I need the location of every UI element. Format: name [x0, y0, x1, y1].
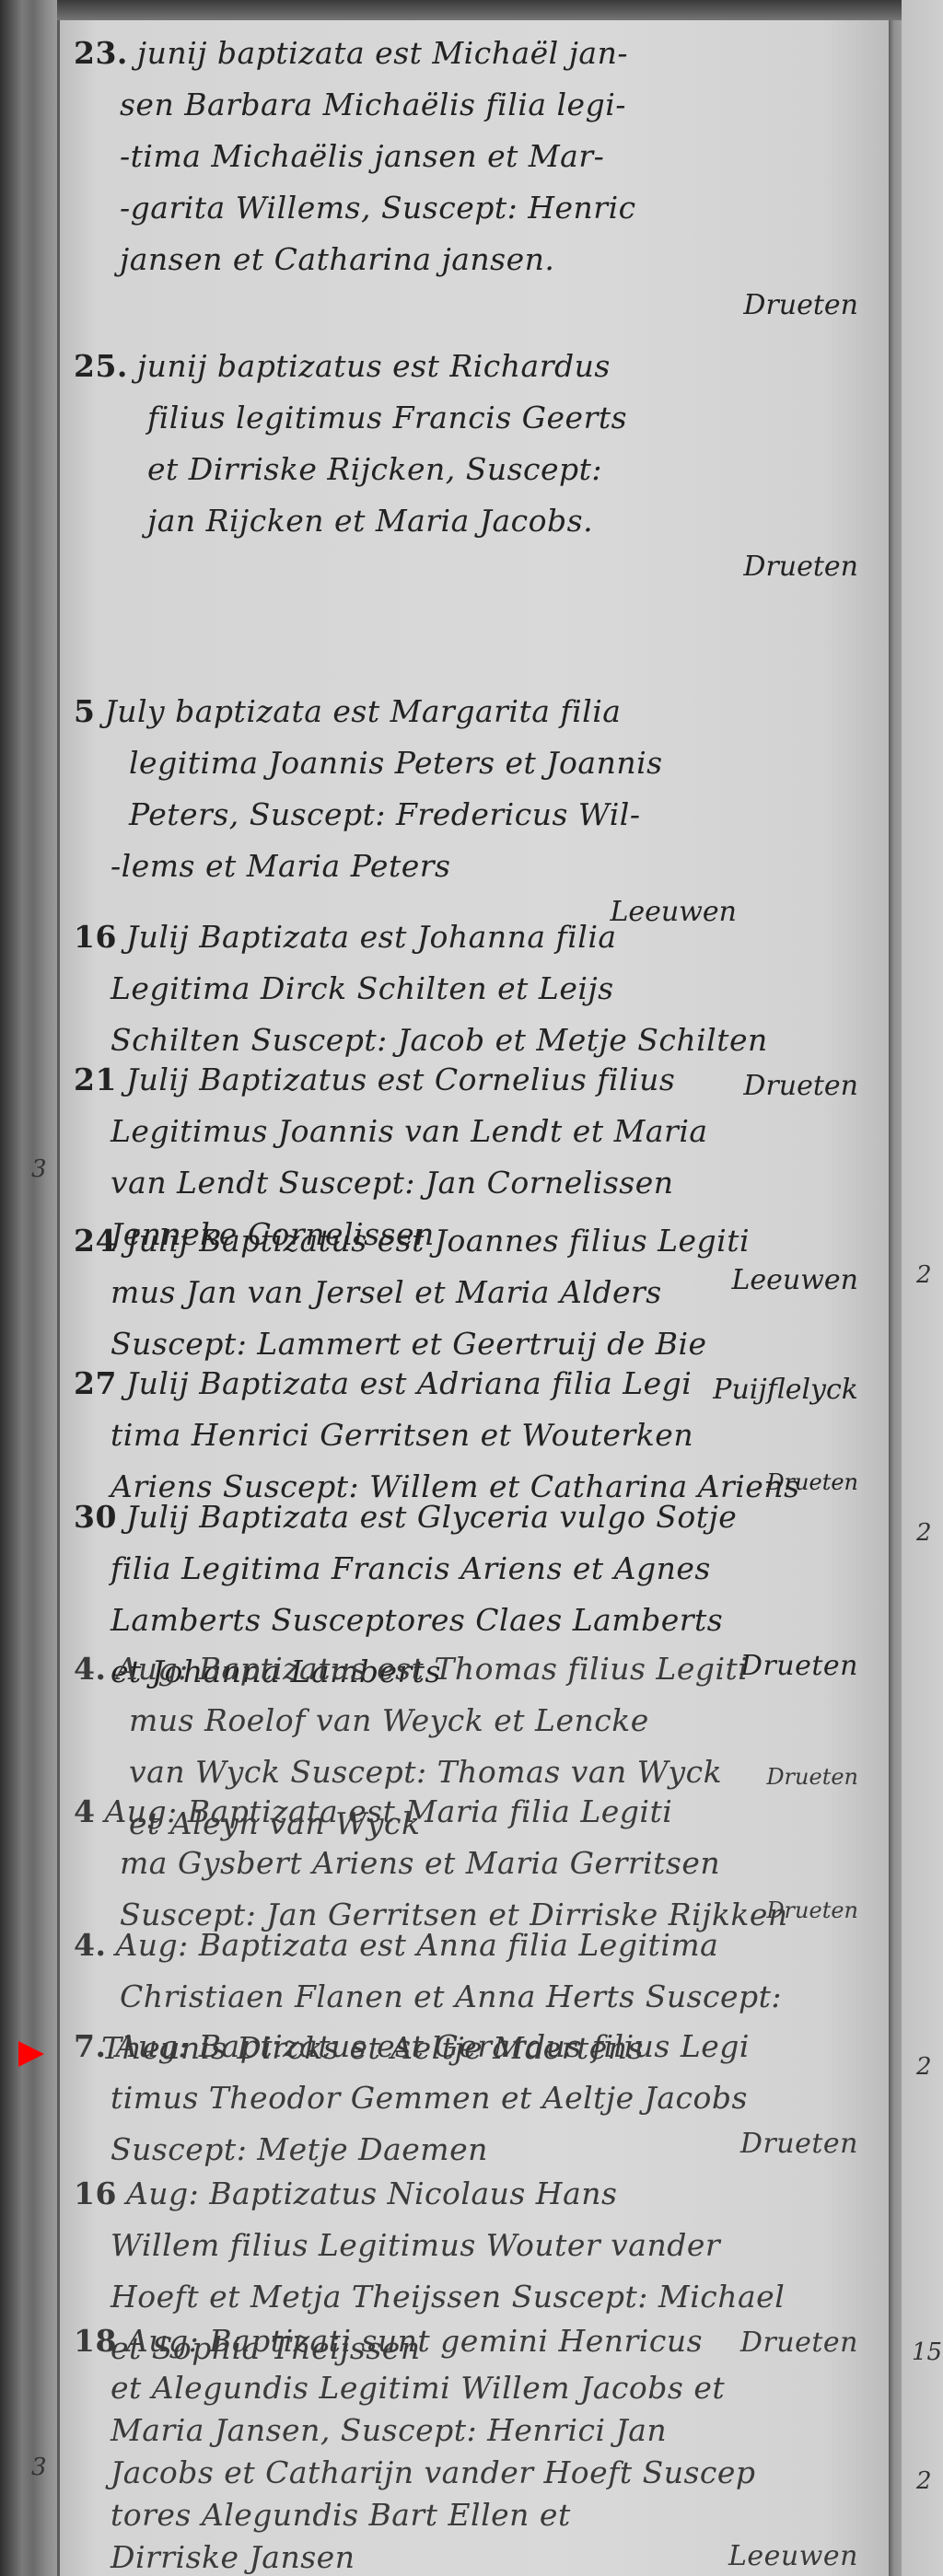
book-binding	[0, 0, 57, 2576]
clergy-signature: Drueten	[740, 2124, 866, 2164]
entry-line: -tima Michaëlis jansen et Mar-	[120, 138, 604, 174]
entry-line: Aug: Baptizatus Nicolaus Hans	[126, 2176, 618, 2211]
entry-date: 16	[74, 919, 117, 955]
entry-line: Hoeft et Metja Theijssen Suscept: Michae…	[111, 2279, 785, 2315]
entry-line: junij baptizatus est Richardus	[137, 348, 611, 384]
entry-line: Julij Baptizata est Johanna filia	[126, 919, 617, 955]
entry-line: mus Roelof van Weyck et Lencke	[129, 1702, 649, 1738]
entry-line: Christiaen Flanen et Anna Herts Suscept:	[120, 1978, 782, 2014]
entry-date: 7.	[74, 2028, 106, 2064]
entry-line: ma Gysbert Ariens et Maria Gerritsen	[120, 1845, 720, 1881]
clergy-signature: Drueten	[74, 547, 866, 587]
entry-date: 23.	[74, 35, 128, 71]
clergy-signature: Drueten	[74, 1768, 866, 1786]
entry-line: Julij Baptizata est Glyceria vulgo Sotje	[126, 1499, 737, 1535]
entry-line: Maria Jansen, Suscept: Henrici Jan	[111, 2412, 667, 2448]
register-entry: 18Aug: Baptizati sunt gemini Henricus et…	[74, 2315, 866, 2576]
right-margin-mark: 15	[912, 2338, 942, 2366]
entry-line: timus Theodor Gemmen et Aeltje Jacobs	[111, 2080, 748, 2116]
entry-line: Lamberts Susceptores Claes Lamberts	[111, 1602, 723, 1638]
clergy-signature: Drueten	[74, 1901, 866, 1920]
entry-line: mus Jan van Jersel et Maria Alders	[111, 1274, 662, 1310]
entry-line: Aug: Baptizata est Anna filia Legitima	[115, 1927, 718, 1963]
right-margin-mark: 2	[916, 2467, 932, 2495]
entry-line: July baptizata est Margarita filia	[104, 693, 621, 729]
entry-line: tores Alegundis Bart Ellen et	[111, 2497, 571, 2533]
entry-line: Aug: Baptizatus est Thomas filius Legiti	[115, 1651, 748, 1687]
entry-line: Aug: Baptizatus est Gerardus filius Legi	[115, 2028, 750, 2064]
entry-line: Aug: Baptizati sunt gemini Henricus	[126, 2323, 703, 2359]
entry-date: 25.	[74, 348, 128, 384]
right-margin-mark: 2	[916, 1519, 932, 1547]
entry-line: filia Legitima Francis Ariens et Agnes	[111, 1550, 711, 1586]
entry-line: van Lendt Suscept: Jan Cornelissen	[111, 1165, 674, 1201]
clergy-signature: Drueten	[74, 285, 866, 326]
entry-line: Aug: Baptizata est Maria filia Legiti	[104, 1793, 672, 1829]
entry-date: 4.	[74, 1927, 106, 1963]
left-margin-mark: 3	[31, 2454, 47, 2481]
entry-line: Dirriske Jansen	[111, 2539, 355, 2575]
entry-line: Schilten Suscept: Jacob et Metje Schilte…	[111, 1022, 768, 1058]
entry-date: 18	[74, 2323, 117, 2359]
entry-date: 30	[74, 1499, 117, 1535]
register-entry: 5July baptizata est Margarita filia legi…	[74, 686, 866, 933]
entry-line: junij baptizata est Michaël jan-	[137, 35, 628, 71]
entry-line: Jacobs et Catharijn vander Hoeft Suscep	[111, 2454, 756, 2490]
red-arrow-marker-icon	[18, 2041, 44, 2067]
entry-date: 24	[74, 1223, 117, 1259]
entry-line: et Dirriske Rijcken, Suscept:	[147, 451, 602, 487]
entry-line: Suscept: Metje Daemen	[111, 2131, 488, 2167]
entry-line: jan Rijcken et Maria Jacobs.	[147, 503, 593, 539]
entry-line: tima Henrici Gerritsen et Wouterken	[111, 1417, 693, 1453]
clergy-signature: Leeuwen	[728, 2536, 866, 2576]
register-entry-marked: 7.Aug: Baptizatus est Gerardus filius Le…	[74, 2021, 866, 2176]
entry-line: et Alegundis Legitimi Willem Jacobs et	[111, 2370, 725, 2406]
entry-line: Willem filius Legitimus Wouter vander	[111, 2227, 720, 2263]
entry-date: 5	[74, 693, 95, 729]
entry-line: Legitima Dirck Schilten et Leijs	[111, 970, 614, 1006]
entry-line: legitima Joannis Peters et Joannis	[129, 745, 663, 781]
entry-line: sen Barbara Michaëlis filia legi-	[120, 87, 626, 122]
clergy-signature: Drueten	[74, 1473, 866, 1491]
entry-date: 4.	[74, 1651, 106, 1687]
entry-line: -lems et Maria Peters	[111, 848, 450, 884]
entry-line: Julij Baptizatus est Cornelius filius	[126, 1062, 675, 1097]
left-margin-mark: 3	[31, 1155, 47, 1183]
entry-line: Julij Baptizata est Adriana filia Legi	[126, 1365, 692, 1401]
right-margin-mark: 2	[916, 2053, 932, 2081]
entry-date: 4	[74, 1793, 95, 1829]
entry-line: Julij Baptizatus est Joannes filius Legi…	[126, 1223, 750, 1259]
right-margin-mark: 2	[916, 1261, 932, 1289]
entry-line: jansen et Catharina jansen.	[120, 241, 554, 277]
entry-line: -garita Willems, Suscept: Henric	[120, 190, 636, 226]
entry-line: Peters, Suscept: Fredericus Wil-	[129, 796, 640, 832]
page-gutter-rule	[889, 20, 902, 2576]
entry-line: filius legitimus Francis Geerts	[147, 400, 627, 435]
entry-date: 21	[74, 1062, 117, 1097]
register-entry: 23.junij baptizata est Michaël jan- sen …	[74, 28, 866, 326]
entry-date: 27	[74, 1365, 117, 1401]
entry-line: Suscept: Lammert et Geertruij de Bie	[111, 1326, 707, 1362]
entry-date: 16	[74, 2176, 117, 2211]
entry-line: Legitimus Joannis van Lendt et Maria	[111, 1113, 708, 1149]
register-entry: 25.junij baptizatus est Richardus filius…	[74, 341, 866, 587]
